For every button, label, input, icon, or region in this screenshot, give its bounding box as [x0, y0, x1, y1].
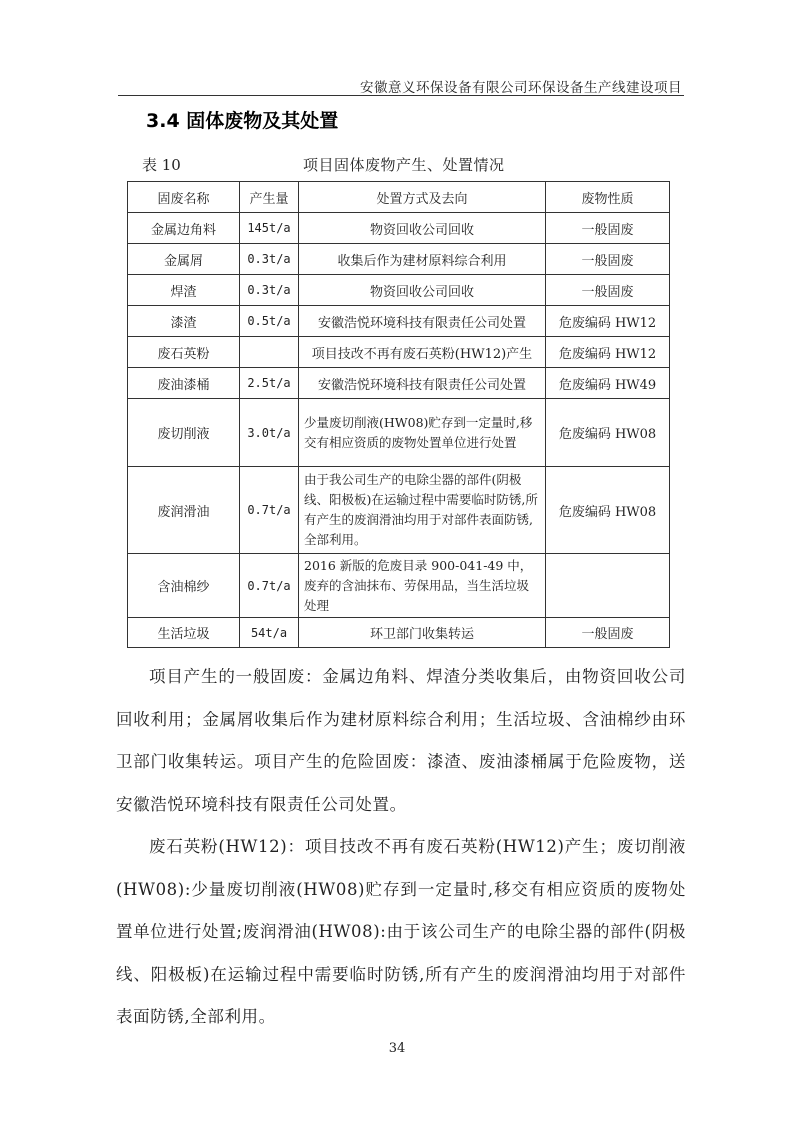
cell-amount: 2.5t/a — [240, 368, 299, 399]
cell-nature: 一般固废 — [546, 213, 670, 244]
cell-name: 废润滑油 — [128, 467, 240, 554]
table-caption-number: 表 10 — [142, 154, 181, 175]
paragraph-text: 项目产生的一般固废：金属边角料、焊渣分类收集后，由物资回收公司回收利用；金属屑收… — [116, 656, 686, 826]
cell-disposal: 收集后作为建材原料综合利用 — [299, 244, 546, 275]
cell-nature: 一般固废 — [546, 618, 670, 648]
cell-amount — [240, 337, 299, 368]
cell-nature: 危废编码 HW12 — [546, 337, 670, 368]
paragraph-text: 废石英粉(HW12)：项目技改不再有废石英粉(HW12)产生；废切削液(HW08… — [116, 826, 686, 1039]
table-row: 漆渣 0.5t/a 安徽浩悦环境科技有限责任公司处置 危废编码 HW12 — [128, 306, 670, 337]
table-row: 废石英粉 项目技改不再有废石英粉(HW12)产生 危废编码 HW12 — [128, 337, 670, 368]
cell-disposal: 项目技改不再有废石英粉(HW12)产生 — [299, 337, 546, 368]
table-row: 含油棉纱 0.7t/a 2016 新版的危废目录 900-041-49 中，废弃… — [128, 554, 670, 618]
table-row: 废切削液 3.0t/a 少量废切削液(HW08)贮存到一定量时,移交有相应资质的… — [128, 399, 670, 467]
cell-disposal: 物资回收公司回收 — [299, 213, 546, 244]
page-number: 34 — [0, 1041, 794, 1056]
cell-name: 金属屑 — [128, 244, 240, 275]
running-header: 安徽意义环保设备有限公司环保设备生产线建设项目 — [360, 76, 682, 96]
cell-disposal: 2016 新版的危废目录 900-041-49 中，废弃的含油抹布、劳保用品，当… — [299, 554, 546, 618]
body-paragraph-general-waste: 项目产生的一般固废：金属边角料、焊渣分类收集后，由物资回收公司回收利用；金属屑收… — [116, 656, 686, 826]
cell-disposal: 安徽浩悦环境科技有限责任公司处置 — [299, 306, 546, 337]
cell-amount: 0.3t/a — [240, 275, 299, 306]
cell-name: 含油棉纱 — [128, 554, 240, 618]
cell-disposal: 由于我公司生产的电除尘器的部件(阴极线、阳极板)在运输过程中需要临时防锈,所有产… — [299, 467, 546, 554]
cell-amount: 54t/a — [240, 618, 299, 648]
cell-name: 废石英粉 — [128, 337, 240, 368]
header-cell-nature: 废物性质 — [546, 182, 670, 213]
cell-amount: 0.7t/a — [240, 467, 299, 554]
table-row: 焊渣 0.3t/a 物资回收公司回收 一般固废 — [128, 275, 670, 306]
cell-nature: 危废编码 HW12 — [546, 306, 670, 337]
table-header-row: 固废名称 产生量 处置方式及去向 废物性质 — [128, 182, 670, 213]
body-paragraph-hazardous-waste: 废石英粉(HW12)：项目技改不再有废石英粉(HW12)产生；废切削液(HW08… — [116, 826, 686, 1039]
table-row: 金属屑 0.3t/a 收集后作为建材原料综合利用 一般固废 — [128, 244, 670, 275]
cell-nature: 危废编码 HW08 — [546, 399, 670, 467]
header-cell-name: 固废名称 — [128, 182, 240, 213]
cell-nature: 危废编码 HW49 — [546, 368, 670, 399]
cell-amount: 145t/a — [240, 213, 299, 244]
cell-nature: 危废编码 HW08 — [546, 467, 670, 554]
cell-name: 生活垃圾 — [128, 618, 240, 648]
cell-nature: 一般固废 — [546, 244, 670, 275]
table-row: 生活垃圾 54t/a 环卫部门收集转运 一般固废 — [128, 618, 670, 648]
table-row: 废油漆桶 2.5t/a 安徽浩悦环境科技有限责任公司处置 危废编码 HW49 — [128, 368, 670, 399]
cell-disposal: 环卫部门收集转运 — [299, 618, 546, 648]
cell-amount: 0.7t/a — [240, 554, 299, 618]
cell-nature: 一般固废 — [546, 275, 670, 306]
solid-waste-table: 固废名称 产生量 处置方式及去向 废物性质 金属边角料 145t/a 物资回收公… — [127, 181, 670, 648]
cell-nature — [546, 554, 670, 618]
cell-disposal: 少量废切削液(HW08)贮存到一定量时,移交有相应资质的废物处置单位进行处置 — [299, 399, 546, 467]
cell-amount: 3.0t/a — [240, 399, 299, 467]
cell-amount: 0.3t/a — [240, 244, 299, 275]
cell-name: 废油漆桶 — [128, 368, 240, 399]
cell-disposal: 安徽浩悦环境科技有限责任公司处置 — [299, 368, 546, 399]
header-cell-amount: 产生量 — [240, 182, 299, 213]
cell-name: 漆渣 — [128, 306, 240, 337]
section-title: 3.4 固体废物及其处置 — [146, 106, 338, 133]
cell-name: 废切削液 — [128, 399, 240, 467]
table-row: 废润滑油 0.7t/a 由于我公司生产的电除尘器的部件(阴极线、阳极板)在运输过… — [128, 467, 670, 554]
cell-name: 金属边角料 — [128, 213, 240, 244]
table-row: 金属边角料 145t/a 物资回收公司回收 一般固废 — [128, 213, 670, 244]
cell-amount: 0.5t/a — [240, 306, 299, 337]
table-caption-title: 项目固体废物产生、处置情况 — [303, 154, 505, 175]
header-cell-disposal: 处置方式及去向 — [299, 182, 546, 213]
cell-disposal: 物资回收公司回收 — [299, 275, 546, 306]
header-divider — [118, 95, 684, 96]
cell-name: 焊渣 — [128, 275, 240, 306]
